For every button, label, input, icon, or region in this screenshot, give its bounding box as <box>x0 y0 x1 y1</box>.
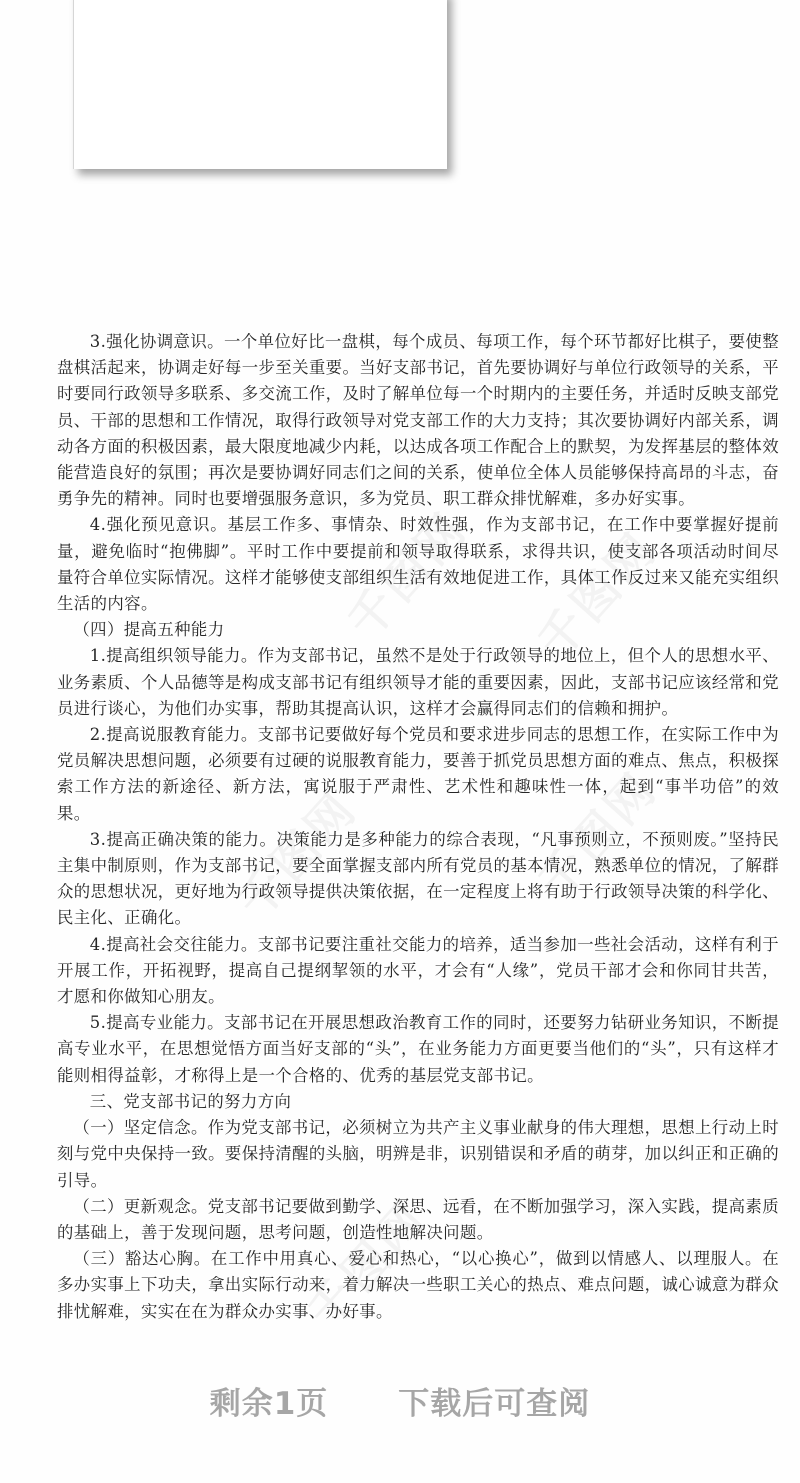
paragraph: 4.强化预见意识。基层工作多、事情杂、时效性强，作为支部书记，在工作中要掌握好提… <box>57 512 779 617</box>
paragraph: 4.提高社会交往能力。支部书记要注重社交能力的培养，适当参加一些社会活动，这样有… <box>57 932 779 1011</box>
paragraph: （二）更新观念。党支部书记要做到勤学、深思、远看，在不断加强学习，深入实践，提高… <box>57 1194 779 1246</box>
previous-page-thumbnail <box>73 0 447 169</box>
paragraph: 3.提高正确决策的能力。决策能力是多种能力的综合表现，“凡事预则立，不预则废。”… <box>57 827 779 932</box>
paragraph: 2.提高说服教育能力。支部书记要做好每个党员和要求进步同志的思想工作，在实际工作… <box>57 722 779 827</box>
paragraph: 5.提高专业能力。支部书记在开展思想政治教育工作的同时，还要努力钻研业务知识，不… <box>57 1010 779 1089</box>
section-heading: 三、党支部书记的努力方向 <box>57 1089 779 1115</box>
download-to-view-label[interactable]: 下载后可查阅 <box>398 1378 590 1423</box>
remaining-pages-label: 剩余1页 <box>210 1378 329 1423</box>
paragraph: （一）坚定信念。作为党支部书记，必须树立为共产主义事业献身的伟大理想，思想上行动… <box>57 1115 779 1194</box>
document-body: 3.强化协调意识。一个单位好比一盘棋，每个成员、每项工作，每个环节都好比棋子，要… <box>57 329 779 1325</box>
paragraph: （三）豁达心胸。在工作中用真心、爱心和热心，“以心换心”，做到以情感人、以理服人… <box>57 1246 779 1325</box>
paragraph: 1.提高组织领导能力。作为支部书记，虽然不是处于行政领导的地位上，但个人的思想水… <box>57 643 779 722</box>
download-prompt[interactable]: 剩余1页下载后可查阅 <box>0 1378 800 1423</box>
paragraph: 3.强化协调意识。一个单位好比一盘棋，每个成员、每项工作，每个环节都好比棋子，要… <box>57 329 779 512</box>
subheading: （四）提高五种能力 <box>57 617 779 643</box>
